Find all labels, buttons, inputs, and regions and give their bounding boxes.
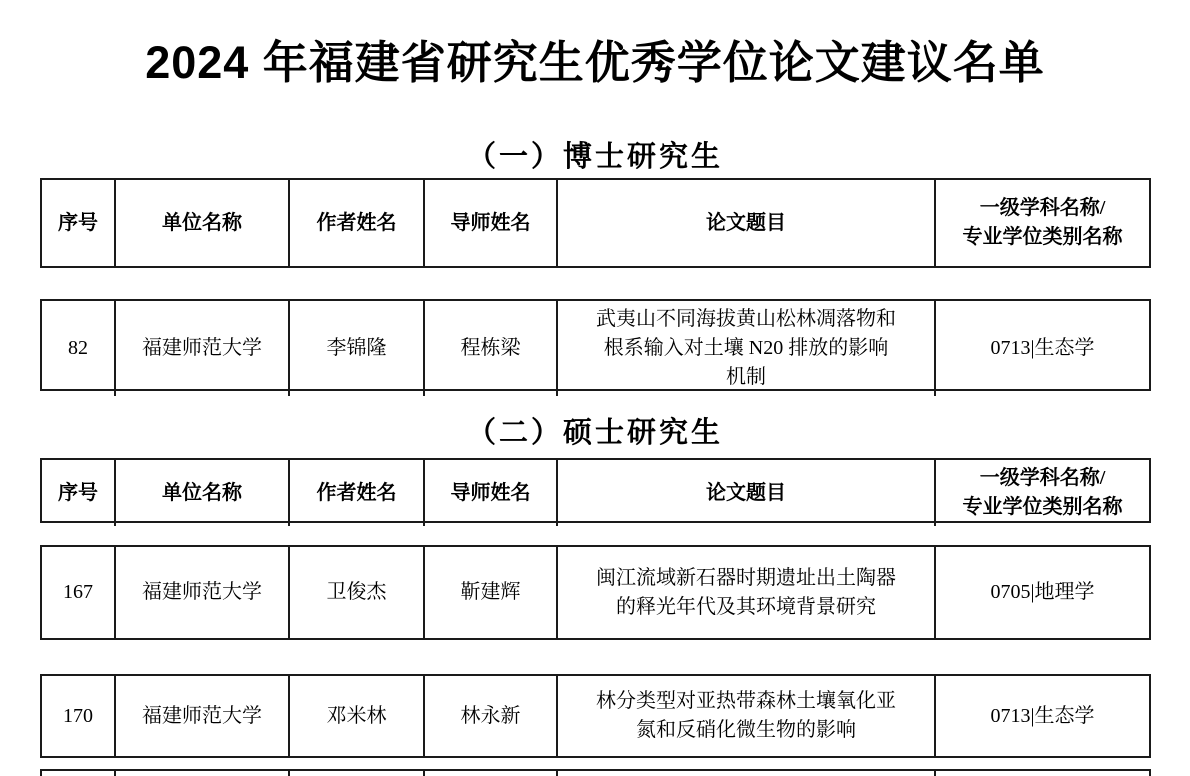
- column-header-discipline: 一级学科名称/ 专业学位类别名称: [936, 460, 1149, 526]
- column-header-title: 论文题目: [558, 180, 936, 266]
- column-header-unit: 单位名称: [116, 460, 290, 526]
- cell-discipline: 0713|生态学: [936, 676, 1149, 756]
- cell-author: 李锦隆: [290, 301, 425, 396]
- cell-advisor: [425, 771, 558, 776]
- cell-discipline: 0713|生态学: [936, 301, 1149, 396]
- table-row: 82 福建师范大学 李锦隆 程栋梁 武夷山不同海拔黄山松林凋落物和根系输入对土壤…: [40, 299, 1151, 391]
- column-header-discipline-line1: 一级学科名称/: [980, 194, 1106, 223]
- cell-advisor: 靳建辉: [425, 547, 558, 638]
- column-header-advisor: 导师姓名: [425, 180, 558, 266]
- cell-unit: 福建师范大学: [116, 301, 290, 396]
- section-heading-doctoral: （一）博士研究生: [0, 134, 1190, 175]
- column-header-advisor: 导师姓名: [425, 460, 558, 526]
- section-heading-masters: （二）硕士研究生: [0, 410, 1190, 451]
- column-header-discipline-line2: 专业学位类别名称: [963, 493, 1123, 522]
- cell-unit: [116, 771, 290, 776]
- cell-advisor: 程栋梁: [425, 301, 558, 396]
- column-header-author: 作者姓名: [290, 460, 425, 526]
- cell-unit: 福建师范大学: [116, 547, 290, 638]
- column-header-no: 序号: [42, 180, 116, 266]
- cell-thesis-title: 林分类型对亚热带森林土壤氧化亚氮和反硝化微生物的影响: [558, 676, 936, 756]
- cell-no: [42, 771, 116, 776]
- table-row-partial: [40, 769, 1151, 776]
- cell-advisor: 林永新: [425, 676, 558, 756]
- column-header-title: 论文题目: [558, 460, 936, 526]
- column-header-discipline: 一级学科名称/ 专业学位类别名称: [936, 180, 1149, 266]
- column-header-discipline-line2: 专业学位类别名称: [963, 223, 1123, 252]
- column-header-no: 序号: [42, 460, 116, 526]
- cell-thesis-title: [558, 771, 936, 776]
- table-row: 167 福建师范大学 卫俊杰 靳建辉 闽江流域新石器时期遗址出土陶器的释光年代及…: [40, 545, 1151, 640]
- column-header-author: 作者姓名: [290, 180, 425, 266]
- cell-unit: 福建师范大学: [116, 676, 290, 756]
- cell-author: 卫俊杰: [290, 547, 425, 638]
- cell-author: [290, 771, 425, 776]
- cell-thesis-title: 闽江流域新石器时期遗址出土陶器的释光年代及其环境背景研究: [558, 547, 936, 638]
- document-page: 2024 年福建省研究生优秀学位论文建议名单 （一）博士研究生 序号 单位名称 …: [0, 0, 1190, 776]
- masters-table-header-row: 序号 单位名称 作者姓名 导师姓名 论文题目 一级学科名称/ 专业学位类别名称: [40, 458, 1151, 523]
- cell-discipline: [936, 771, 1149, 776]
- cell-no: 167: [42, 547, 116, 638]
- cell-no: 170: [42, 676, 116, 756]
- column-header-unit: 单位名称: [116, 180, 290, 266]
- doctoral-table-header-row: 序号 单位名称 作者姓名 导师姓名 论文题目 一级学科名称/ 专业学位类别名称: [40, 178, 1151, 268]
- cell-no: 82: [42, 301, 116, 396]
- cell-thesis-title: 武夷山不同海拔黄山松林凋落物和根系输入对土壤 N20 排放的影响机制: [558, 301, 936, 396]
- table-row: 170 福建师范大学 邓米林 林永新 林分类型对亚热带森林土壤氧化亚氮和反硝化微…: [40, 674, 1151, 758]
- page-title: 2024 年福建省研究生优秀学位论文建议名单: [0, 26, 1190, 91]
- cell-author: 邓米林: [290, 676, 425, 756]
- cell-discipline: 0705|地理学: [936, 547, 1149, 638]
- column-header-discipline-line1: 一级学科名称/: [980, 464, 1106, 493]
